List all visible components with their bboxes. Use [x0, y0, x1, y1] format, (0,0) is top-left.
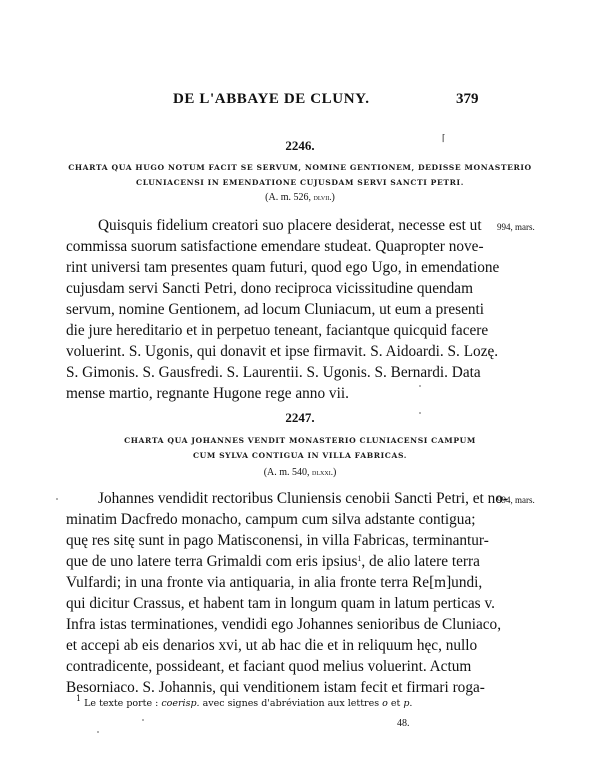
body-line: qui dicitur Crassus, et habent tam in lo… — [66, 593, 454, 614]
body-line: Johannes vendidit rectoribus Cluniensis … — [98, 488, 454, 509]
charter-number: 2246. — [0, 138, 600, 154]
body-line: cujusdam servi Sancti Petri, dono recipr… — [66, 278, 454, 299]
body-line: et accepi ab eis denarios xvi, ut ab hac… — [66, 635, 454, 656]
charter-title-line: CLUNIACENSI IN EMENDATIONE CUJUSDAM SERV… — [0, 178, 600, 187]
page-number: 379 — [456, 91, 479, 108]
body-line: Quisquis fidelium creatori suo placere d… — [98, 215, 454, 236]
body-line: Infra istas terminationes, vendidi ego J… — [66, 614, 454, 635]
charter-title-line: CHARTA QUA JOHANNES VENDIT MONASTERIO CL… — [0, 436, 600, 445]
printer-signature-mark: 48. — [397, 718, 410, 729]
charter-number: 2247. — [0, 410, 600, 426]
body-line: die jure hereditario et in perpetuo tene… — [66, 320, 454, 341]
body-line: quę res sitę sunt in pago Matisconensi, … — [66, 530, 454, 551]
footnote: 1 Le texte porte : coerisp. avec signes … — [76, 698, 412, 709]
body-line: mense martio, regnante Hugone rege anno … — [66, 383, 454, 404]
body-line: contradicente, possideant, et faciant qu… — [66, 656, 454, 677]
body-line: Besorniaco. S. Johannis, qui venditionem… — [66, 677, 454, 698]
margin-date-note: 994, mars. — [497, 222, 535, 232]
charter-title-line: CUM SYLVA CONTIGUA IN VILLA FABRICAS. — [0, 451, 600, 460]
body-line: servum, nomine Gentionem, ad locum Cluni… — [66, 299, 454, 320]
charter-date-reference: (A. m. 526, dlvii.) — [0, 192, 600, 203]
charter-date-reference: (A. m. 540, dlxxi.) — [0, 467, 600, 478]
body-line: voluerint. S. Ugonis, qui donavit et ips… — [66, 341, 454, 362]
charter-title-line: CHARTA QUA HUGO NOTUM FACIT SE SERVUM, N… — [0, 163, 600, 172]
body-line-with-footnote: que de uno latere terra Grimaldi com eri… — [66, 551, 454, 572]
body-line: minatim Dacfredo monacho, campum cum sil… — [66, 509, 454, 530]
body-line: commissa suorum satisfactione emendare s… — [66, 236, 454, 257]
body-line: rint universi tam presentes quam futuri,… — [66, 257, 454, 278]
body-line: Vulfardi; in una fronte via antiquaria, … — [66, 572, 454, 593]
body-line: S. Gimonis. S. Gausfredi. S. Laurentii. … — [66, 362, 454, 383]
running-title: DE L'ABBAYE DE CLUNY. — [173, 91, 370, 108]
